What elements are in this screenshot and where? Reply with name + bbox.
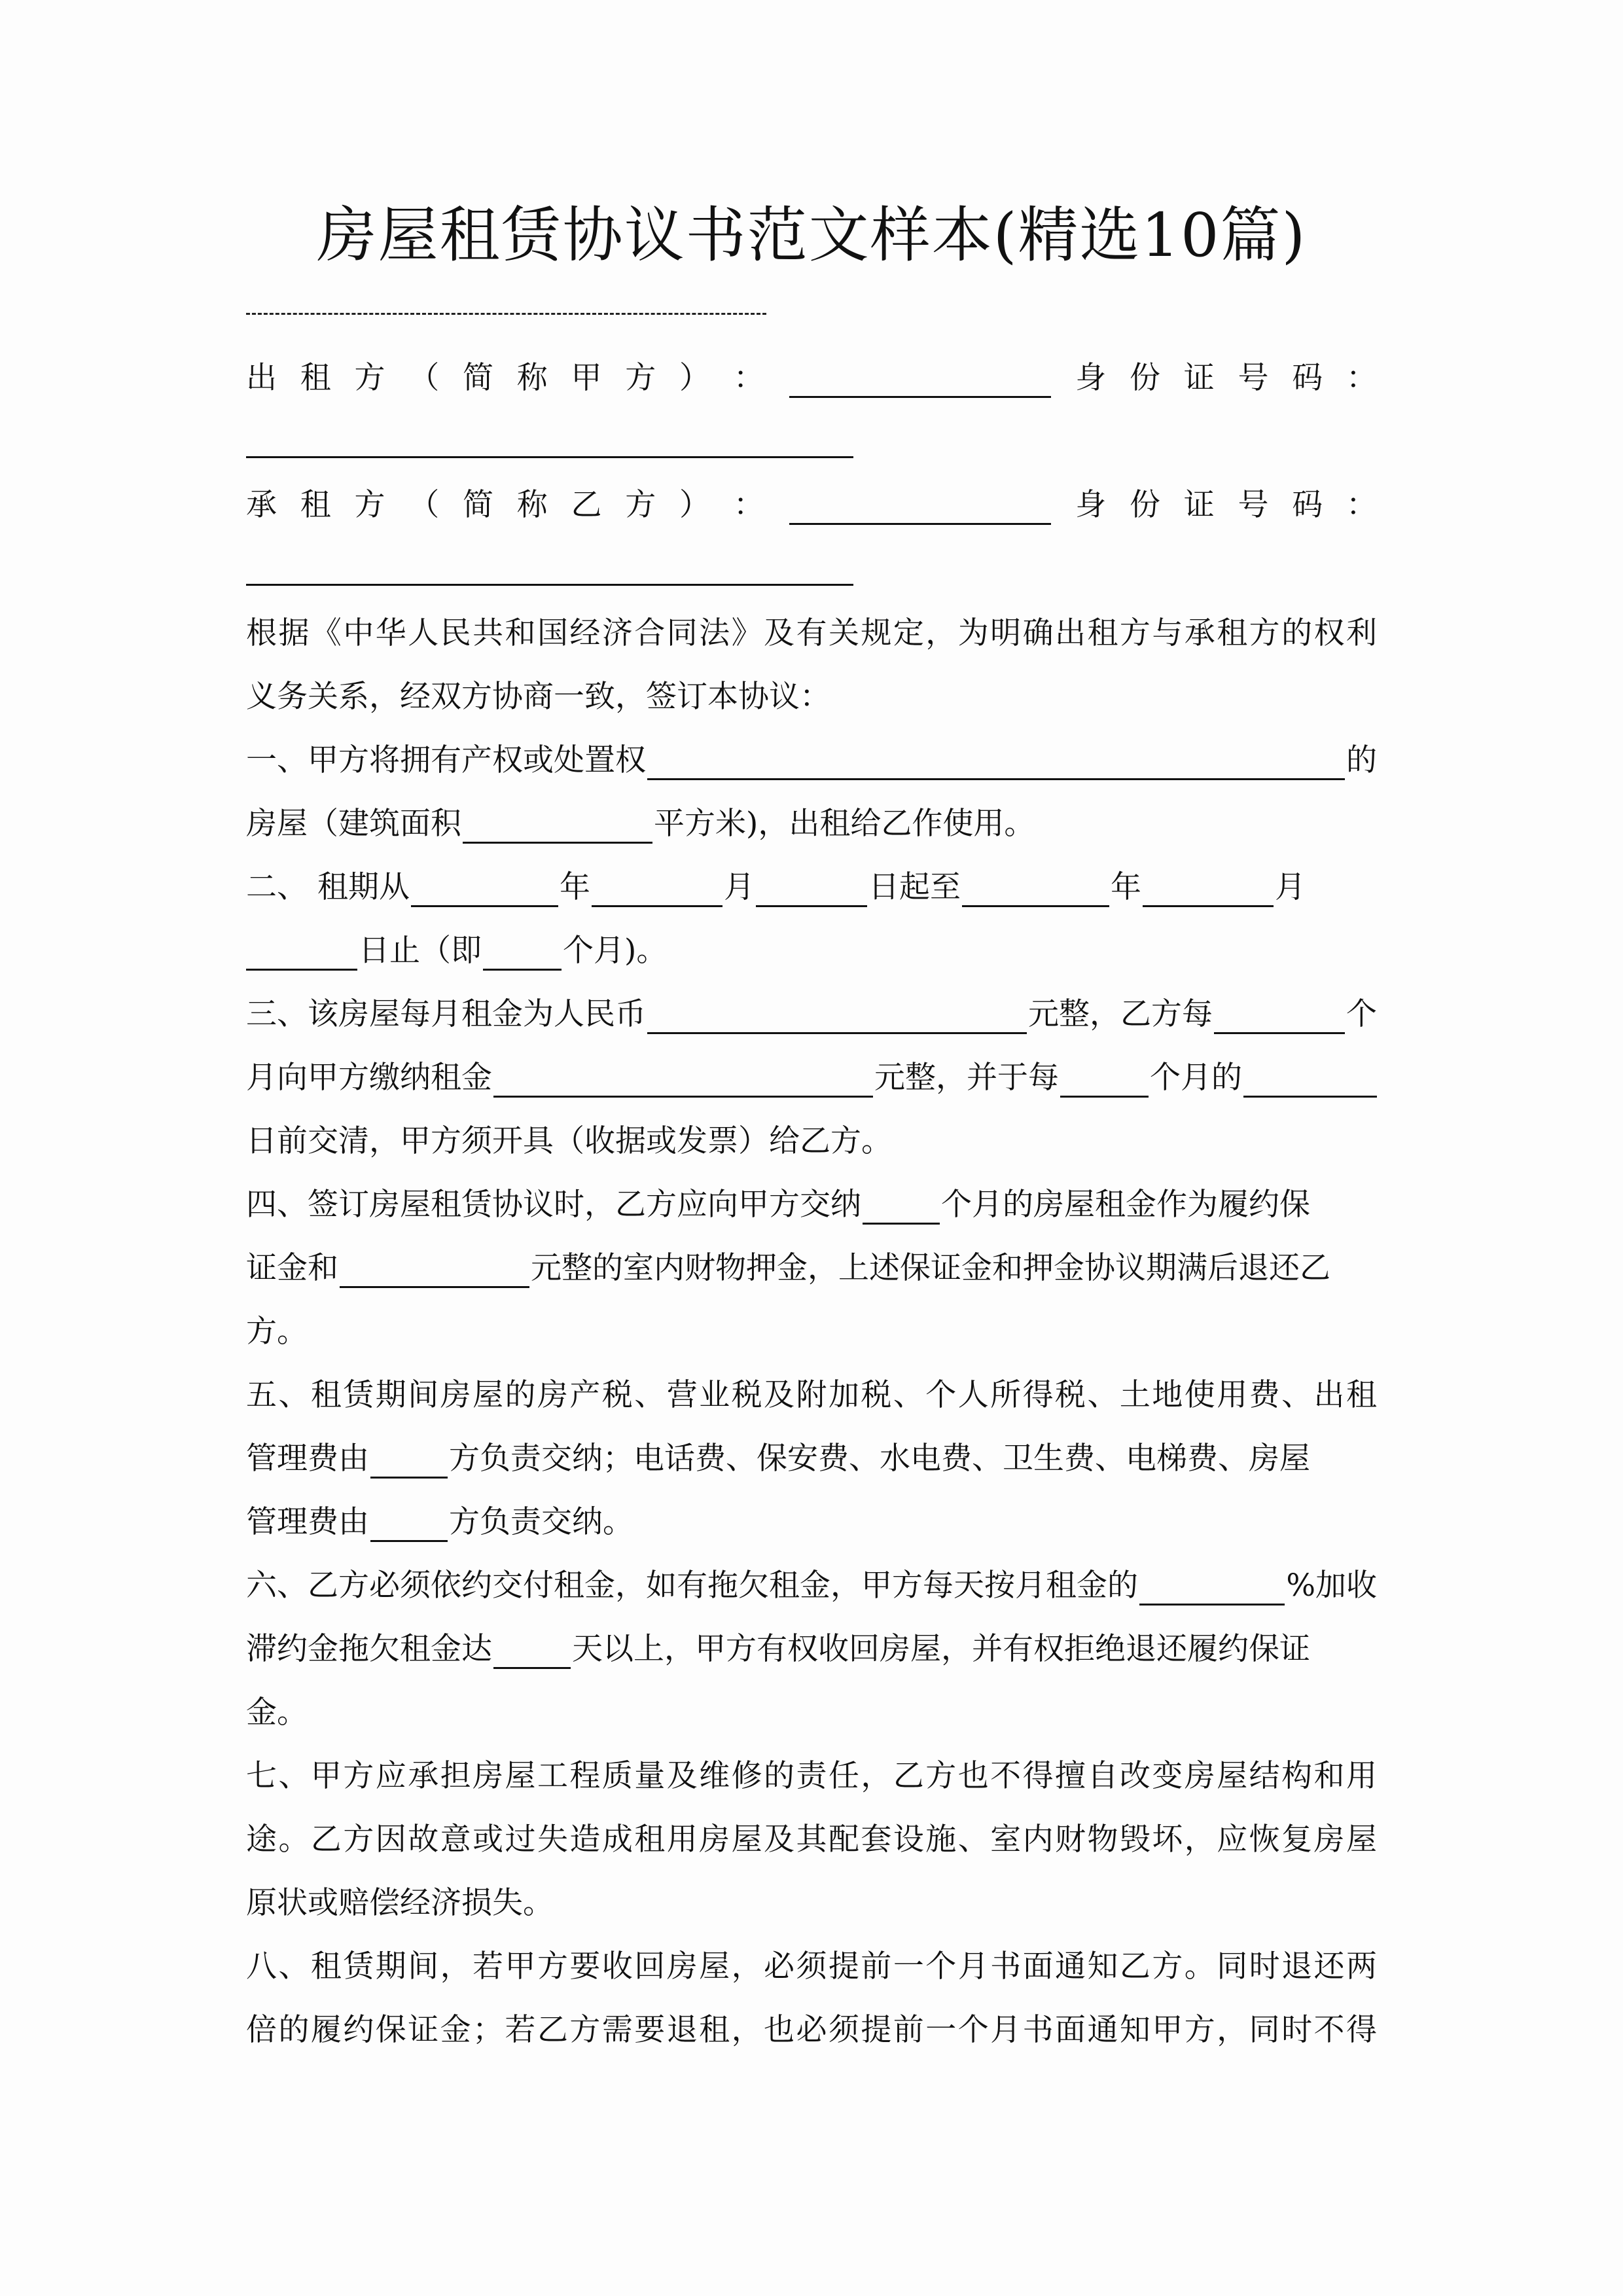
rent-amount-field[interactable] bbox=[493, 1067, 873, 1098]
clause-4-line-1: 四、签订房屋租赁协议时，乙方应向甲方交纳 个月的房屋租金作为履约保 bbox=[246, 1185, 1377, 1225]
document-title: 房屋租赁协议书范文样本(精选10篇) bbox=[0, 196, 1623, 275]
clause-6-line-1: 六、乙方必须依约交付租金，如有拖欠租金，甲方每天按月租金的 %加收 bbox=[246, 1566, 1377, 1605]
term-months-field[interactable] bbox=[483, 940, 562, 971]
lessee-id-field[interactable] bbox=[246, 584, 853, 586]
lessor-line: 出 租 方 （ 简 称 甲 方 ） ： 身 份 证 号 码 ： bbox=[246, 359, 1377, 398]
start-day-field[interactable] bbox=[756, 876, 867, 907]
property-deposit-field[interactable] bbox=[340, 1257, 529, 1288]
monthly-rent-field[interactable] bbox=[647, 1003, 1027, 1034]
pay-month-field[interactable] bbox=[1060, 1067, 1149, 1098]
lessee-name-field[interactable] bbox=[789, 494, 1051, 525]
lessor-id-field[interactable] bbox=[246, 456, 853, 458]
start-month-field[interactable] bbox=[592, 876, 722, 907]
clause-7-line-1: 七、甲方应承担房屋工程质量及维修的责任，乙方也不得擅自改变房屋结构和用 bbox=[246, 1757, 1377, 1796]
clause-5-line-1: 五、租赁期间房屋的房产税、营业税及附加税、个人所得税、土地使用费、出租 bbox=[246, 1376, 1377, 1415]
clause-1-line-1: 一、甲方将拥有产权或处置权 的 bbox=[246, 741, 1377, 780]
tax-party-field[interactable] bbox=[370, 1448, 448, 1479]
clause-3-line-2: 月向甲方缴纳租金 元整，并于每 个月的 bbox=[246, 1058, 1377, 1098]
clause-2-line-1: 二、 租期从 年 月 日起至 年 月 bbox=[246, 868, 1377, 907]
clause-5-line-3: 管理费由 方负责交纳。 bbox=[246, 1503, 1377, 1542]
area-field[interactable] bbox=[463, 813, 652, 844]
document-page: 房屋租赁协议书范文样本(精选10篇) 出 租 方 （ 简 称 甲 方 ） ： 身… bbox=[0, 0, 1623, 2296]
clause-6-line-2: 滞约金拖欠租金达 天以上，甲方有权收回房屋，并有权拒绝退还履约保证 bbox=[246, 1630, 1377, 1669]
end-year-field[interactable] bbox=[962, 876, 1109, 907]
end-month-field[interactable] bbox=[1143, 876, 1274, 907]
clause-4-line-3: 方。 bbox=[246, 1312, 1377, 1352]
clause-5-line-2: 管理费由 方负责交纳；电话费、保安费、水电费、卫生费、电梯费、房屋 bbox=[246, 1439, 1377, 1479]
intro-line-2: 义务关系，经双方协商一致，签订本协议： bbox=[246, 677, 1377, 717]
lessee-line: 承 租 方 （ 简 称 乙 方 ） ： 身 份 证 号 码 ： bbox=[246, 486, 1377, 525]
clause-1-line-2: 房屋（建筑面积 平方米)，出租给乙作使用。 bbox=[246, 804, 1377, 844]
overdue-days-field[interactable] bbox=[493, 1638, 571, 1669]
start-year-field[interactable] bbox=[411, 876, 558, 907]
intro-line-1: 根据《中华人民共和国经济合同法》及有关规定，为明确出租方与承租方的权利 bbox=[246, 614, 1377, 653]
clause-6-line-3: 金。 bbox=[246, 1693, 1377, 1732]
clause-8-line-1: 八、租赁期间，若甲方要收回房屋，必须提前一个月书面通知乙方。同时退还两 bbox=[246, 1947, 1377, 1986]
clause-4-line-2: 证金和 元整的室内财物押金，上述保证金和押金协议期满后退还乙 bbox=[246, 1249, 1377, 1288]
deposit-months-field[interactable] bbox=[863, 1194, 940, 1225]
title-divider bbox=[246, 313, 766, 315]
utility-party-field[interactable] bbox=[370, 1511, 448, 1542]
payment-interval-field[interactable] bbox=[1214, 1003, 1345, 1034]
property-address-field[interactable] bbox=[647, 749, 1345, 780]
clause-7-line-2: 途。乙方因故意或过失造成租用房屋及其配套设施、室内财物毁坏，应恢复房屋 bbox=[246, 1820, 1377, 1859]
clause-3-line-1: 三、该房屋每月租金为人民币 元整，乙方每 个 bbox=[246, 995, 1377, 1034]
late-fee-percent-field[interactable] bbox=[1139, 1575, 1285, 1605]
lessor-name-field[interactable] bbox=[789, 367, 1051, 398]
clause-3-line-3: 日前交清，甲方须开具（收据或发票）给乙方。 bbox=[246, 1122, 1377, 1161]
clause-8-line-2: 倍的履约保证金；若乙方需要退租，也必须提前一个月书面通知甲方，同时不得 bbox=[246, 2011, 1377, 2050]
clause-7-line-3: 原状或赔偿经济损失。 bbox=[246, 1884, 1377, 1923]
clause-2-line-2: 日止（即 个月)。 bbox=[246, 931, 1377, 971]
end-day-field[interactable] bbox=[246, 940, 357, 971]
pay-day-field[interactable] bbox=[1243, 1067, 1377, 1098]
